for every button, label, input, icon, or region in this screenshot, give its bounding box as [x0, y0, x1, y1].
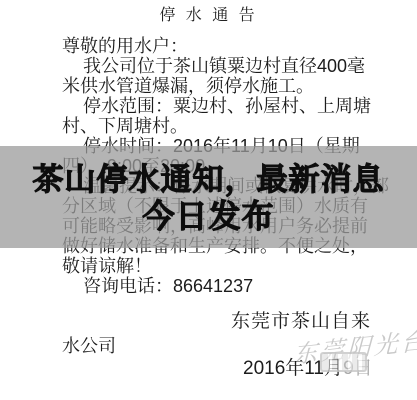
notice-page: 停 水 通 告 尊敬的用水户： 我公司位于茶山镇粟边村直径400毫 米供水管道爆…	[0, 0, 417, 400]
notice-line-phone: 咨询电话：86641237	[62, 276, 408, 296]
notice-line: 我公司位于茶山镇粟边村直径400毫	[62, 56, 408, 76]
notice-line: 村、下周塘村。	[62, 116, 408, 136]
notice-line: 米供水管道爆漏，须停水施工。	[62, 76, 408, 96]
notice-line-salutation: 尊敬的用水户：	[62, 36, 408, 56]
signature-company-line2: 水公司	[62, 332, 116, 358]
signature-company-line1: 东莞市茶山自来	[231, 306, 371, 333]
notice-line-scope: 停水范围：粟边村、孙屋村、上周塘	[62, 96, 408, 116]
headline-line2: 今日发布	[142, 198, 274, 234]
notice-title: 停 水 通 告	[0, 2, 417, 25]
headline-line1: 茶山停水通知，最新消息	[33, 162, 385, 198]
stamp-watermark	[320, 352, 367, 372]
notice-line-apology: 敬请谅解！	[62, 256, 408, 276]
headline-overlay: 茶山停水通知，最新消息 今日发布	[0, 146, 417, 248]
